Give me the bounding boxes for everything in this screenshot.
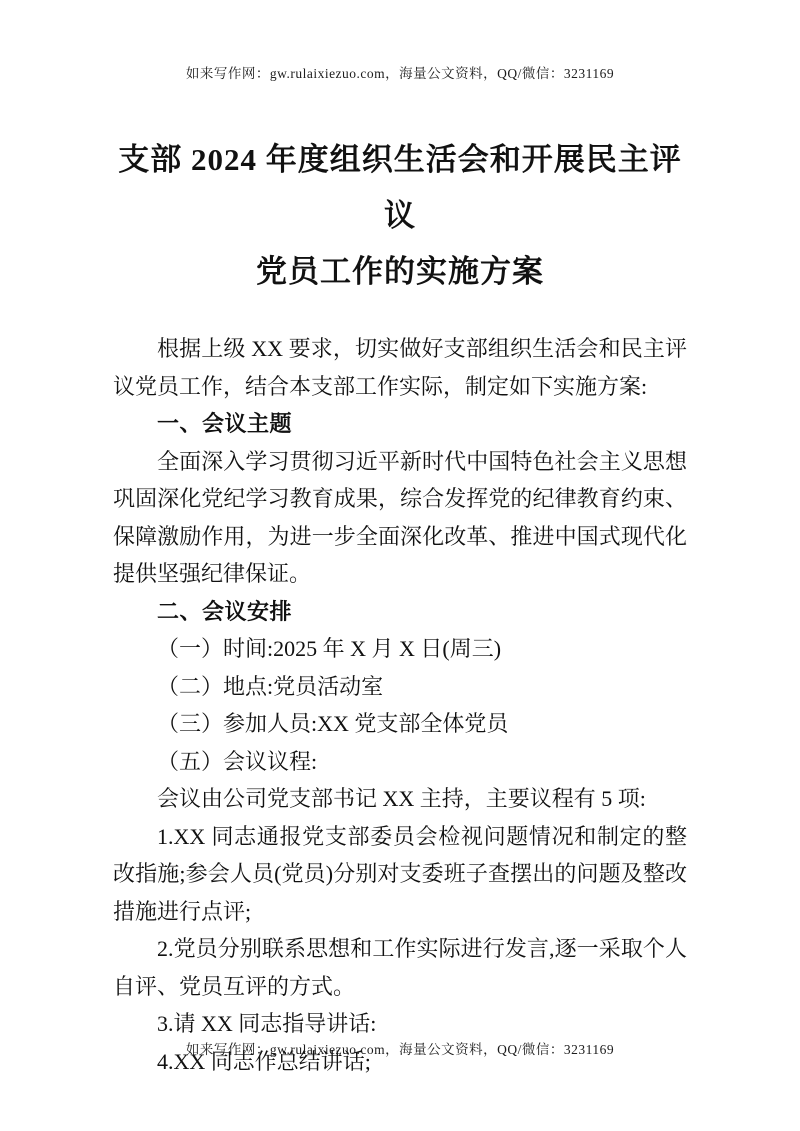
text-line: 提供坚强纪律保证。 xyxy=(113,555,687,593)
body-paragraph: 1.XX 同志通报党支部委员会检视问题情况和制定的整改指施;参会人员(党员)分别… xyxy=(113,818,687,931)
body-paragraph: （一）时间:2025 年 X 月 X 日(周三) xyxy=(113,630,687,668)
text-line: 根据上级 XX 要求，切实做好支部组织生活会和民主评 xyxy=(113,330,687,368)
text-line: 改指施;参会人员(党员)分别对支委班子查摆出的问题及整改 xyxy=(113,855,687,893)
document-page: 如来写作网：gw.rulaixiezuo.com，海量公文资料，QQ/微信：32… xyxy=(0,0,800,1131)
text-line: 一、会议主题 xyxy=(113,405,687,443)
body-paragraph: （二）地点:党员活动室 xyxy=(113,668,687,706)
text-line: 会议由公司党支部书记 XX 主持，主要议程有 5 项: xyxy=(113,780,687,818)
text-line: （一）时间:2025 年 X 月 X 日(周三) xyxy=(113,630,687,668)
body-paragraph: 会议由公司党支部书记 XX 主持，主要议程有 5 项: xyxy=(113,780,687,818)
document-body: 根据上级 XX 要求，切实做好支部组织生活会和民主评议党员工作，结合本支部工作实… xyxy=(113,330,687,1080)
text-line: （三）参加人员:XX 党支部全体党员 xyxy=(113,705,687,743)
text-line: 3.请 XX 同志指导讲话: xyxy=(113,1005,687,1043)
doc-title-line-2: 党员工作的实施方案 xyxy=(113,244,687,300)
text-line: （二）地点:党员活动室 xyxy=(113,668,687,706)
body-paragraph: （五）会议议程: xyxy=(113,743,687,781)
text-line: 2.党员分别联系思想和工作实际进行发言,逐一采取个人 xyxy=(113,930,687,968)
body-paragraph: （三）参加人员:XX 党支部全体党员 xyxy=(113,705,687,743)
footer-note: 如来写作网：gw.rulaixiezuo.com，海量公文资料，QQ/微信：32… xyxy=(113,1040,687,1060)
text-line: 议党员工作，结合本支部工作实际，制定如下实施方案: xyxy=(113,368,687,406)
doc-title-line-1: 支部 2024 年度组织生活会和开展民主评议 xyxy=(113,132,687,244)
text-line: 保障激励作用，为进一步全面深化改革、推进中国式现代化 xyxy=(113,518,687,556)
text-line: 措施进行点评; xyxy=(113,893,687,931)
heading-paragraph: 二、会议安排 xyxy=(113,593,687,631)
text-line: 全面深入学习贯彻习近平新时代中国特色社会主义思想 xyxy=(113,443,687,481)
doc-title: 支部 2024 年度组织生活会和开展民主评议 党员工作的实施方案 xyxy=(113,132,687,300)
header-note: 如来写作网：gw.rulaixiezuo.com，海量公文资料，QQ/微信：32… xyxy=(113,64,687,84)
text-line: 二、会议安排 xyxy=(113,593,687,631)
text-line: 自评、党员互评的方式。 xyxy=(113,968,687,1006)
text-line: （五）会议议程: xyxy=(113,743,687,781)
body-paragraph: 2.党员分别联系思想和工作实际进行发言,逐一采取个人自评、党员互评的方式。 xyxy=(113,930,687,1005)
text-line: 巩固深化党纪学习教育成果，综合发挥党的纪律教育约束、 xyxy=(113,480,687,518)
text-line: 1.XX 同志通报党支部委员会检视问题情况和制定的整 xyxy=(113,818,687,856)
body-paragraph: 全面深入学习贯彻习近平新时代中国特色社会主义思想巩固深化党纪学习教育成果，综合发… xyxy=(113,443,687,593)
heading-paragraph: 一、会议主题 xyxy=(113,405,687,443)
body-paragraph: 3.请 XX 同志指导讲话: xyxy=(113,1005,687,1043)
body-paragraph: 根据上级 XX 要求，切实做好支部组织生活会和民主评议党员工作，结合本支部工作实… xyxy=(113,330,687,405)
